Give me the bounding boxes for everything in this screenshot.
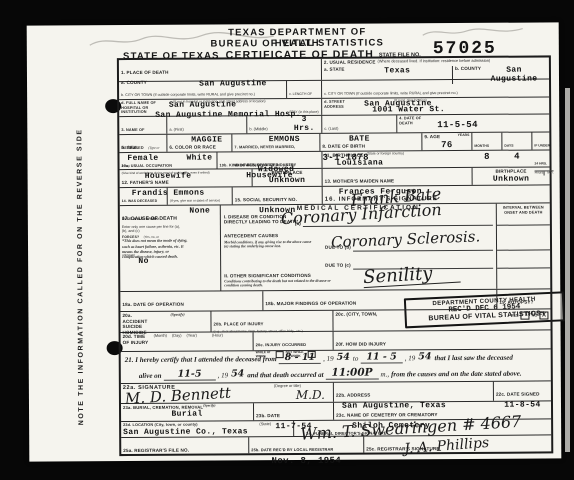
- certificate-form: 1. PLACE OF DEATH a. COUNTY San Augustin…: [117, 55, 553, 456]
- date-of-death-cell: 4. DATE OF DEATH 11-5-54: [396, 114, 549, 132]
- war-dates-note: (If yes, give war or dates of service): [170, 198, 220, 202]
- interval-rule: [497, 224, 550, 225]
- place-of-injury-label: 20b. PLACE OF INJURY: [213, 321, 263, 326]
- form-row: 17. CAUSE OF DEATH Enter only one cause …: [120, 202, 551, 291]
- race-cell: 6. COLOR OR RACE White: [166, 134, 231, 151]
- attended-from-year: 54: [336, 352, 351, 363]
- registrar-file-label: 25a. REGISTRAR'S FILE NO.: [123, 448, 189, 453]
- form-row: 18a. DATE OF OPERATION 18b. MAJOR FINDIN…: [120, 288, 550, 311]
- alive-on-date: 11-5: [164, 368, 216, 380]
- funeral-director-cell: 24. FUNERAL DIRECTOR'S SIGNATURE Wm. T. …: [293, 419, 551, 436]
- first-name-cell: a. (First) MAGGIE: [166, 116, 246, 133]
- mother-name-cell: 13. MOTHER'S MAIDEN NAME Frances Ferguso…: [322, 168, 472, 186]
- burial-cell: 23a. BURIAL, CREMATION, REMOVAL (Specify…: [121, 403, 253, 421]
- mother-birthplace-cell: BIRTHPLACE Unknown: [472, 167, 550, 184]
- burial-date-cell: 23b. DATE 11-7-54: [253, 403, 333, 420]
- burial-date-label: 23b. DATE: [256, 413, 280, 418]
- autopsy-label: 19. AUTOPSY?: [499, 300, 533, 305]
- certify-m: m.,: [381, 370, 390, 378]
- certify-text-1: 21. I hereby certify that I attended the…: [125, 355, 277, 364]
- last-name-label: c. (Last): [324, 126, 338, 131]
- attended-to-date: 11 - 5: [360, 351, 402, 363]
- certify-occurred: and that death occurred at: [247, 371, 323, 379]
- burial-value: Burial: [123, 409, 251, 419]
- other-conditions-note: Conditions contributing to the death but…: [224, 279, 344, 288]
- cause-b-value: Coronary Sclerosis.: [331, 229, 481, 250]
- marital-cell: 7. MARRIED, NEVER MARRIED, WIDOWED, DIVO…: [231, 134, 319, 152]
- industry-label: 10b. KIND OF BUSINESS OR INDUSTRY: [220, 163, 297, 167]
- form-row: d. FULL NAME OF HOSPITAL OR INSTITUTION …: [119, 96, 549, 116]
- birthplace-value: Louisiana: [336, 157, 547, 167]
- certify-text-2: that I last saw the deceased: [434, 354, 512, 362]
- form-row: 22a. SIGNATURE (Degree or title) M. D. B…: [121, 380, 551, 403]
- accident-note: (Specify): [170, 313, 184, 331]
- informant-cell: 16. INFORMANT'S SIGNATURE Frank Bate: [322, 185, 550, 203]
- year-label: (Year): [186, 334, 197, 350]
- industry-cell: 10b. KIND OF BUSINESS OR INDUSTRY Housew…: [216, 152, 321, 169]
- physician-address-cell: 22b. ADDRESS San Augustine, Texas: [333, 382, 493, 402]
- physician-degree: M.D.: [296, 389, 325, 401]
- name-label-cell: 3. NAME OF DECEASED (Type or Print): [119, 117, 166, 134]
- sex-label: 5. SEX: [121, 145, 136, 150]
- accident-label: 20a. ACCIDENT SUICIDE HOMICIDE: [122, 313, 156, 331]
- cause-of-death-label-cell: 17. CAUSE OF DEATH Enter only one cause …: [120, 205, 221, 291]
- race-label: 6. COLOR OR RACE: [169, 144, 216, 149]
- scanner-edge-artifact: [565, 88, 570, 452]
- mother-birthplace-value: Unknown: [475, 174, 548, 183]
- form-row: b. CITY OR TOWN (If outside corporate li…: [119, 78, 549, 99]
- cause-of-death-label: 17. CAUSE OF DEATH: [122, 216, 177, 222]
- how-injury-occurred-label: 20f. HOW DID INJURY: [336, 341, 386, 346]
- birthplace-cell: 11. BIRTHPLACE (State or foreign country…: [321, 150, 549, 167]
- certification-line1: 21. I hereby certify that I attended the…: [125, 351, 547, 366]
- street-address-cell: d. STREET ADDRESS (If rural, give locati…: [321, 97, 549, 114]
- occupation-label: 10a. USUAL OCCUPATION: [122, 164, 173, 168]
- occupation-cell: 10a. USUAL OCCUPATION (Give kind of work…: [119, 152, 216, 169]
- physician-address-label: 22b. ADDRESS: [336, 393, 371, 398]
- registrar-date-value: Nov. 8, 1954: [251, 456, 361, 467]
- form-row: 5. SEX Female 6. COLOR OR RACE White 7. …: [119, 131, 549, 152]
- month-label: (Month): [154, 334, 168, 350]
- sex-cell: 5. SEX Female: [119, 135, 166, 152]
- mother-label: 13. MOTHER'S MAIDEN NAME: [325, 178, 395, 183]
- injury-city-label: 20c. (CITY, TOWN,: [335, 311, 377, 329]
- father-name-cell: 12. FATHER'S NAME Frandis Emmons: [120, 169, 252, 187]
- operation-findings-label: 18b. MAJOR FINDINGS OF OPERATION: [265, 301, 356, 307]
- cause-footnote: *This does not mean the mode of dying, s…: [122, 238, 190, 260]
- date-signed-cell: 22c. DATE SIGNED 11-8-54: [493, 381, 551, 400]
- age-years-value: 76: [424, 139, 469, 149]
- usual-residence-note: (Where deceased lived. If institution: r…: [378, 59, 491, 65]
- ssn-label: 15. SOCIAL SECURITY NO.: [235, 197, 297, 202]
- hour-label: (Hour): [212, 333, 223, 349]
- first-name-label: a. (First): [169, 127, 184, 132]
- cause-b-line: [353, 250, 493, 252]
- certify-to: to: [353, 355, 359, 363]
- time-of-injury-label: 20d. TIME OF INJURY: [123, 334, 149, 350]
- interval-label: INTERVAL BETWEEN ONSET AND DEATH: [497, 203, 550, 214]
- attended-to-year: 54: [417, 351, 432, 362]
- form-row: 3. NAME OF DECEASED (Type or Print) a. (…: [119, 113, 549, 134]
- birthplace-note: (State or foreign country): [367, 152, 405, 158]
- date-signed-label: 22c. DATE SIGNED: [496, 392, 540, 397]
- birthplace-label: 11. BIRTHPLACE: [324, 153, 363, 159]
- burial-note: (Specify): [203, 404, 215, 409]
- hospital-cell: d. FULL NAME OF HOSPITAL OR INSTITUTION …: [119, 99, 321, 116]
- injury-occurred-label: 20e. INJURY OCCURRED: [256, 342, 307, 347]
- day-label: (Day): [172, 334, 182, 350]
- certification-statement-cell: 21. I hereby certify that I attended the…: [121, 349, 551, 383]
- medical-certification-cell: MEDICAL CERTIFICATION I. DISEASE OR COND…: [220, 204, 497, 291]
- certify-19a: , 19: [323, 355, 334, 363]
- certify-alive-on: alive on: [139, 372, 162, 380]
- residence-city-cell: c. CITY OR TOWN (If outside corporate li…: [321, 79, 549, 97]
- physician-signature-cell: 22a. SIGNATURE (Degree or title) M. D. B…: [121, 383, 333, 403]
- interval-column: INTERVAL BETWEEN ONSET AND DEATH: [496, 203, 551, 288]
- injury-occurred-cell: 20e. INJURY OCCURRED WHILE AT WORK NOT W…: [253, 332, 333, 350]
- attended-from-date: 8 - 11: [279, 352, 321, 364]
- place-city-cell: b. CITY OR TOWN (If outside corporate li…: [119, 81, 286, 99]
- certify-19b: , 19: [405, 354, 416, 362]
- registrar-signature: J. A. Phillips: [404, 436, 490, 456]
- margin-note: NOTE THE INFORMATION CALLED FOR ON THE R…: [76, 93, 85, 425]
- form-row: 21. I hereby certify that I attended the…: [121, 348, 551, 383]
- middle-name-cell: b. (Middle) EMMONS: [246, 116, 321, 133]
- time-of-injury-cell: 20d. TIME OF INJURY (Month) (Day) (Year)…: [121, 332, 253, 351]
- how-injury-occurred-cell: 20f. HOW DID INJURY: [333, 330, 551, 349]
- last-name-cell: c. (Last) BATE: [321, 115, 396, 132]
- certify-19c: , 19: [218, 371, 229, 379]
- days-label: DAYS: [504, 144, 513, 148]
- street-value: 1001 Water St.: [372, 105, 547, 115]
- date-of-operation-label: 18a. DATE OF OPERATION: [122, 302, 184, 307]
- residence-city-label: c. CITY OR TOWN (If outside corporate li…: [324, 91, 458, 96]
- form-row: 14. WAS DECEASED EVER IN U.S. ARMED FORC…: [120, 184, 550, 205]
- certification-line2: alive on 11-5 , 19 54 and that death occ…: [139, 366, 547, 381]
- certificate-page: NOTE THE INFORMATION CALLED FOR ON THE R…: [27, 22, 562, 461]
- war-dates-cell: (If yes, give war or dates of service) N…: [167, 187, 232, 204]
- father-birthplace-cell: BIRTHPLACE Unknown: [252, 169, 322, 186]
- form-row: 12. FATHER'S NAME Frandis Emmons BIRTHPL…: [120, 166, 550, 187]
- usual-residence-label: 2. USUAL RESIDENCE: [324, 59, 376, 65]
- cause-note: Enter only one cause per line for (a), (…: [122, 225, 182, 234]
- place-of-death-county-cell: 1. PLACE OF DEATH a. COUNTY San Augustin…: [119, 59, 321, 81]
- ssn-cell: 15. SOCIAL SECURITY NO. Unknown: [232, 187, 322, 205]
- father-birthplace-value: Unknown: [255, 175, 320, 184]
- dob-cell: 8. DATE OF BIRTH 3-1-1878: [319, 133, 421, 151]
- form-row: 20d. TIME OF INJURY (Month) (Day) (Year)…: [121, 329, 551, 351]
- place-city-label: b. CITY OR TOWN (If outside corporate li…: [121, 92, 255, 97]
- dob-label: 8. DATE OF BIRTH: [322, 144, 365, 149]
- date-of-operation-cell: 18a. DATE OF OPERATION: [120, 291, 262, 311]
- form-row: 20a. ACCIDENT SUICIDE HOMICIDE (Specify)…: [120, 308, 550, 332]
- antecedent-note: Morbid conditions, if any, giving rise t…: [224, 240, 316, 249]
- interval-rule: [497, 249, 550, 250]
- accident-cell: 20a. ACCIDENT SUICIDE HOMICIDE (Specify): [120, 312, 210, 333]
- father-label: 12. FATHER'S NAME: [122, 180, 169, 185]
- usual-residence-cell: 2. USUAL RESIDENCE (Where deceased lived…: [321, 57, 549, 79]
- armed-forces-cell: 14. WAS DECEASED EVER IN U.S. ARMED FORC…: [120, 188, 167, 205]
- months-label: MONTHS: [474, 144, 489, 148]
- place-of-death-label: 1. PLACE OF DEATH: [121, 70, 169, 75]
- date-of-death-value: 11-5-54: [437, 120, 478, 131]
- certify-text-5: from the causes and on the date stated a…: [391, 370, 522, 379]
- burial-location-cell: 23d. LOCATION (City, town, or county) (S…: [121, 421, 293, 437]
- registrar-file-cell: 25a. REGISTRAR'S FILE NO.: [121, 437, 248, 454]
- burial-location-value: San Augustine Co., Texas: [123, 427, 291, 437]
- length-of-stay-cell: c. LENGTH OF STAY (in this place) 3 Hrs.: [286, 81, 321, 98]
- middle-name-label: b. (Middle): [249, 126, 267, 131]
- injury-city-state-cell: 20c. (CITY, TOWN, (STATE): [332, 309, 550, 330]
- due-to-c-label: DUE TO (c): [325, 263, 351, 269]
- injury-state-label: (STATE): [526, 310, 545, 328]
- autopsy-cell: 19. AUTOPSY? YES NO X: [496, 289, 550, 308]
- scanned-document: NOTE THE INFORMATION CALLED FOR ON THE R…: [0, 0, 574, 480]
- age-cell: 9. AGE YEARS 76 MONTHS 8 DAYS 4 IF: [421, 132, 555, 150]
- interval-rule: [497, 267, 550, 268]
- antecedent-label: ANTECEDENT CAUSES: [224, 233, 278, 239]
- street-label: d. STREET ADDRESS: [324, 100, 364, 109]
- burial-location-state-label: (State): [259, 422, 271, 427]
- form-row: 1. PLACE OF DEATH a. COUNTY San Augustin…: [119, 57, 549, 81]
- operation-findings-cell: 18b. MAJOR FINDINGS OF OPERATION: [262, 290, 496, 310]
- alive-on-year: 54: [230, 368, 245, 379]
- registrar-date-label: 25b. DATE REC'D BY LOCAL REGISTRAR: [251, 447, 333, 453]
- place-of-injury-cell: 20b. PLACE OF INJURY (e.g., in or about …: [210, 311, 332, 332]
- date-of-death-label: 4. DATE OF DEATH: [399, 116, 429, 131]
- form-row: 10a. USUAL OCCUPATION (Give kind of work…: [119, 149, 549, 169]
- death-time: 11:00P: [325, 366, 378, 379]
- other-conditions-value: Senility: [363, 263, 461, 288]
